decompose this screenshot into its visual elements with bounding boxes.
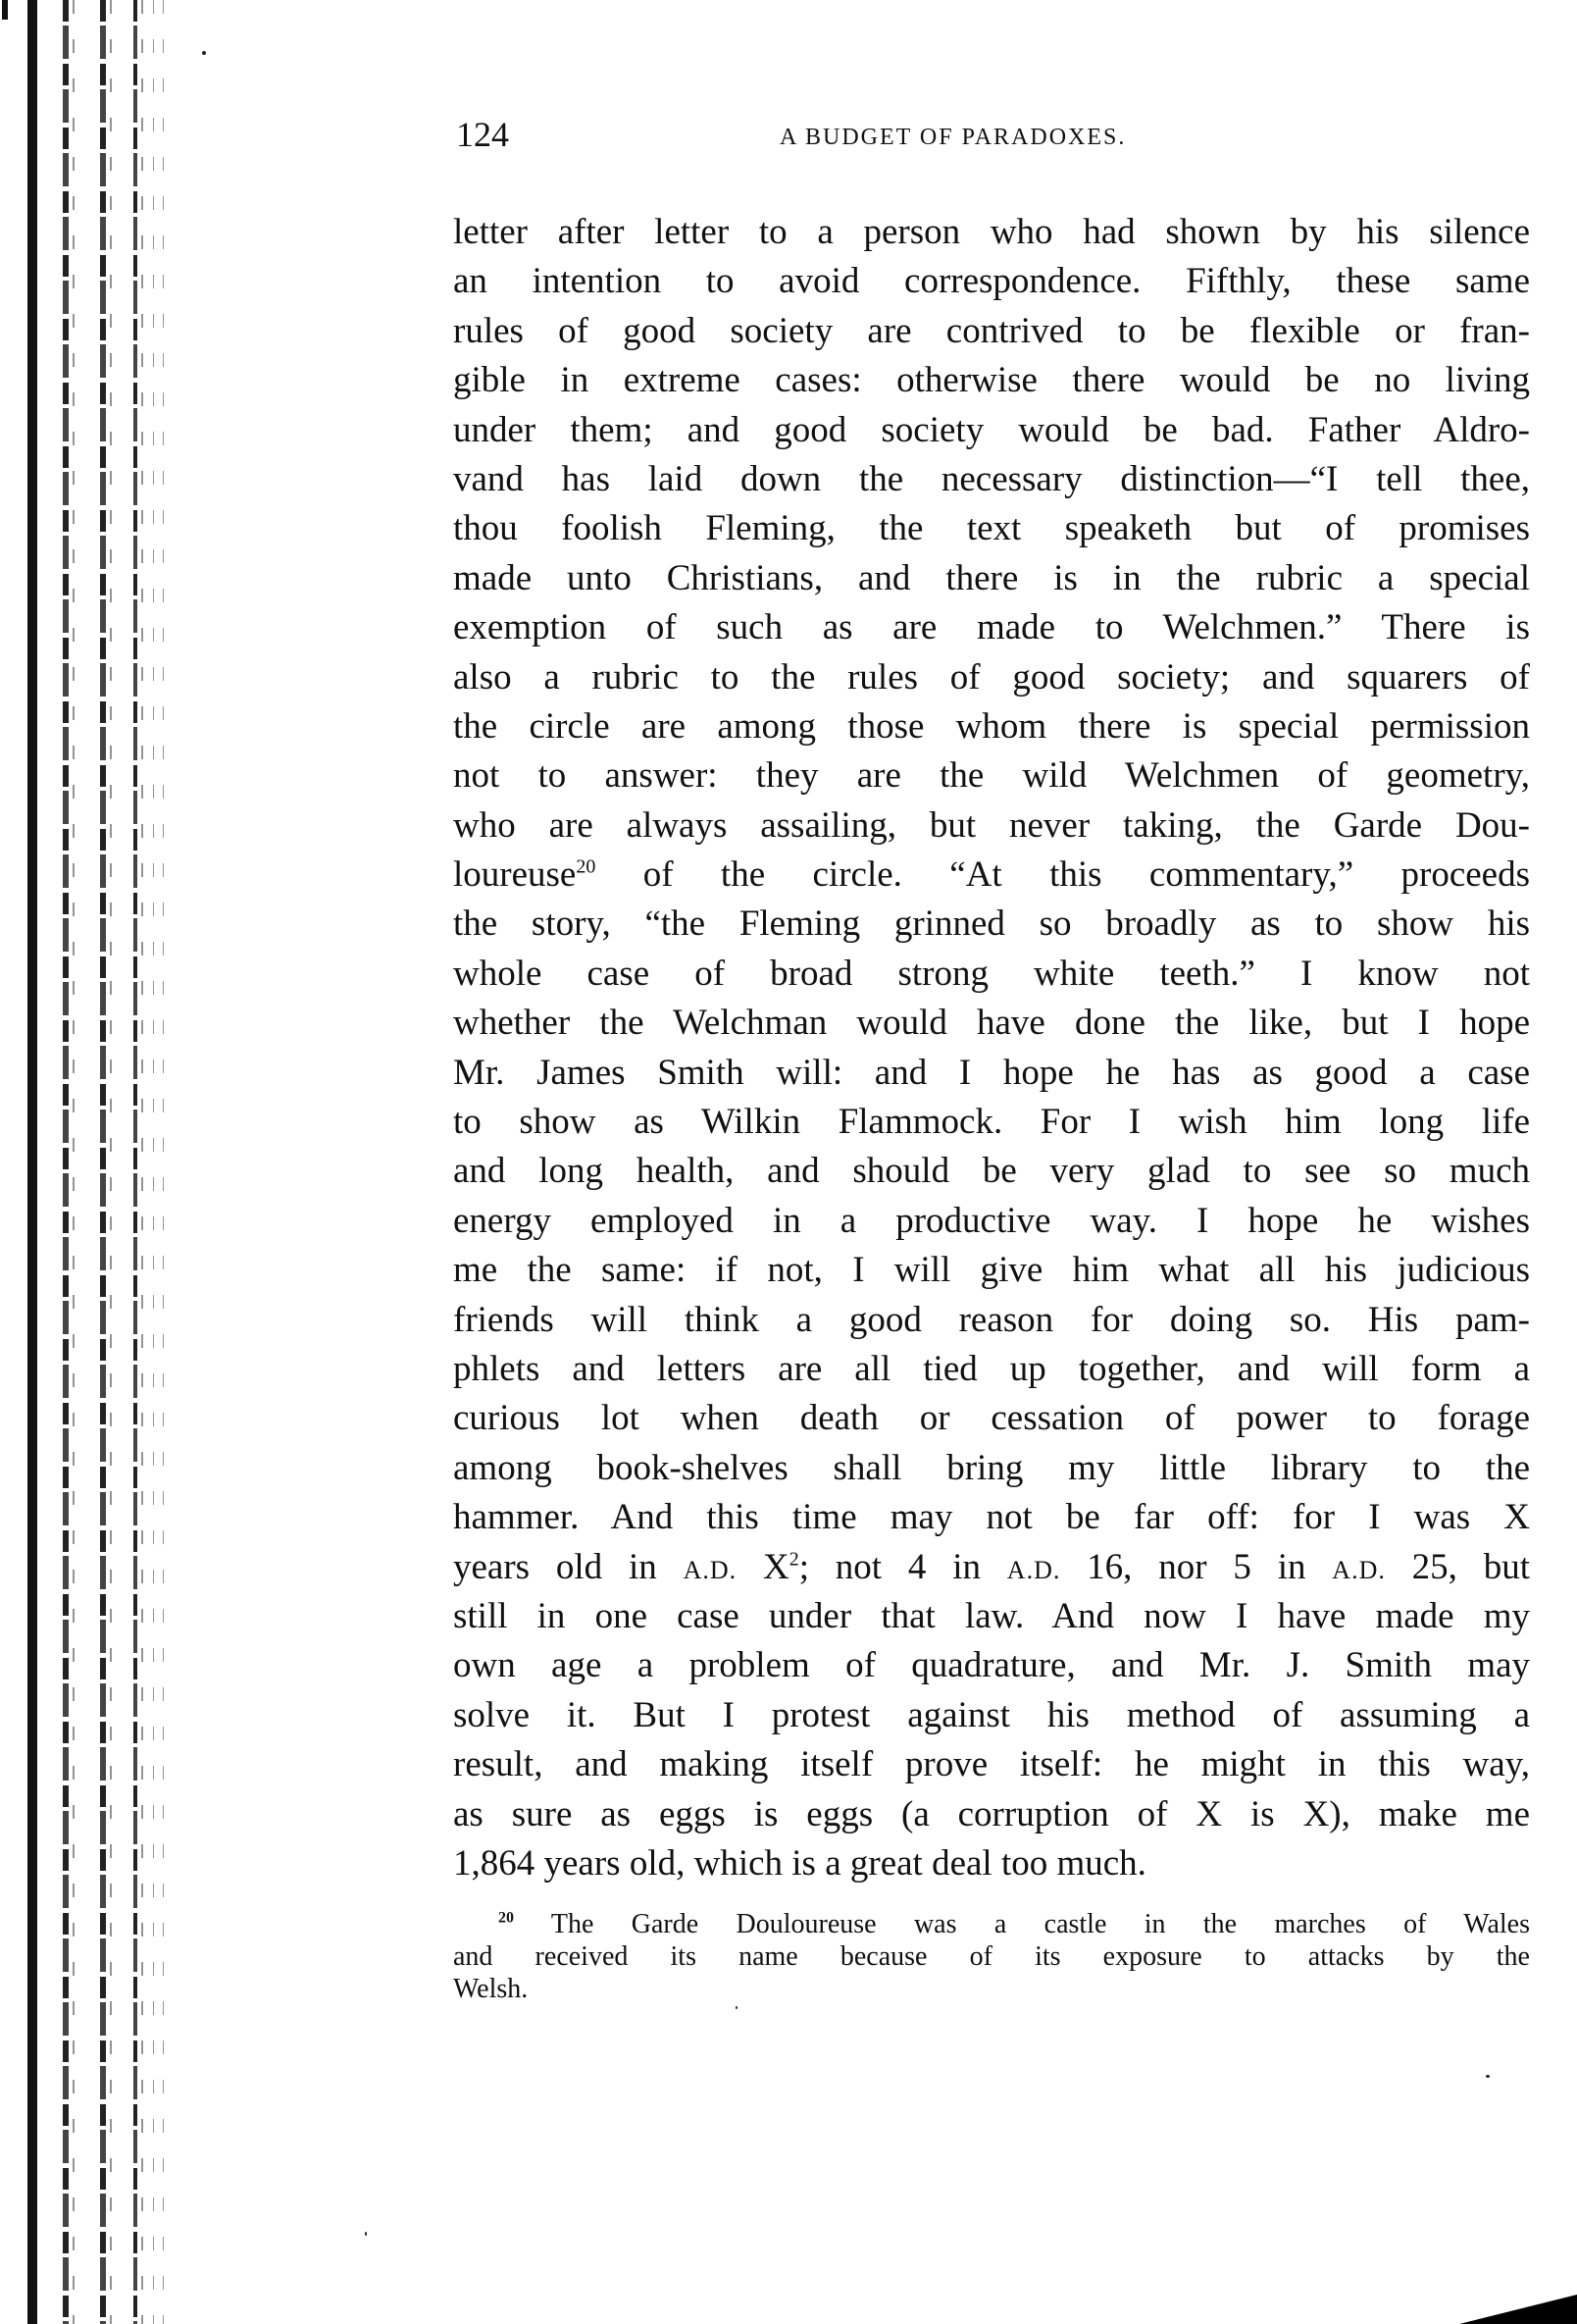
footnote-text: The Garde Douloureuse was a castle in th… xyxy=(551,1909,1530,1939)
body-text: letter after letter to a person who had … xyxy=(453,208,1530,1888)
footnote-line: 20 The Garde Douloureuse was a castle in… xyxy=(453,1908,1530,1940)
text-line: letter after letter to a person who had … xyxy=(453,208,1530,257)
running-title: A BUDGET OF PARADOXES. xyxy=(780,116,1126,159)
scan-speck xyxy=(736,2006,738,2009)
text-line: me the same: if not, I will give him wha… xyxy=(453,1246,1530,1295)
text-line: result, and making itself prove itself: … xyxy=(453,1740,1530,1789)
text-line: phlets and letters are all tied up toget… xyxy=(453,1345,1530,1394)
text-line: vand has laid down the necessary distinc… xyxy=(453,455,1530,504)
text-line: an intention to avoid correspondence. Fi… xyxy=(453,257,1530,306)
text-line: curious lot when death or cessation of p… xyxy=(453,1394,1530,1443)
text-segment: years old in xyxy=(453,1547,684,1587)
text-line: the story, “the Fleming grinned so broad… xyxy=(453,900,1530,949)
text-line: also a rubric to the rules of good socie… xyxy=(453,653,1530,702)
page-corner-shadow xyxy=(1459,2295,1577,2324)
text-line: rules of good society are contrived to b… xyxy=(453,307,1530,356)
book-spine-scan-artifact xyxy=(0,0,226,2324)
small-caps-era: A.D. xyxy=(1332,1556,1386,1584)
footnote-marker: 20 xyxy=(498,1910,514,1927)
small-caps-era: A.D. xyxy=(1007,1556,1061,1584)
text-line: still in one case under that law. And no… xyxy=(453,1592,1530,1641)
text-line: exemption of such as are made to Welchme… xyxy=(453,603,1530,652)
text-line: hammer. And this time may not be far off… xyxy=(453,1493,1530,1542)
page-number: 124 xyxy=(456,110,509,159)
text-line: who are always assailing, but never taki… xyxy=(453,801,1530,851)
footnote-line: Welsh. xyxy=(453,1973,1530,2005)
text-line: own age a problem of quadrature, and Mr.… xyxy=(453,1641,1530,1690)
text-segment: of the circle. “At this commentary,” pro… xyxy=(595,854,1530,895)
text-line: friends will think a good reason for doi… xyxy=(453,1296,1530,1345)
text-line: thou foolish Fleming, the text speaketh … xyxy=(453,504,1530,553)
footnote: 20 The Garde Douloureuse was a castle in… xyxy=(453,1908,1530,2005)
text-segment: ; not 4 in xyxy=(799,1547,1007,1587)
scan-speck xyxy=(365,2232,367,2236)
footnote-line: and received its name because of its exp… xyxy=(453,1940,1530,1973)
scan-speck xyxy=(1486,2075,1490,2078)
text-line-with-dates: years old in A.D. X2; not 4 in A.D. 16, … xyxy=(453,1543,1530,1592)
text-segment: X xyxy=(737,1547,789,1587)
text-segment: 25, but xyxy=(1386,1547,1530,1587)
running-header: 124 A BUDGET OF PARADOXES. xyxy=(456,110,1530,159)
text-line: to show as Wilkin Flammock. For I wish h… xyxy=(453,1098,1530,1147)
text-line: under them; and good society would be ba… xyxy=(453,406,1530,455)
text-line: the circle are among those whom there is… xyxy=(453,702,1530,751)
text-line: 1,864 years old, which is a great deal t… xyxy=(453,1839,1530,1888)
text-line: as sure as eggs is eggs (a corruption of… xyxy=(453,1790,1530,1839)
text-line: Mr. James Smith will: and I hope he has … xyxy=(453,1049,1530,1098)
text-line-with-footnote-ref: loureuse20 of the circle. “At this comme… xyxy=(453,851,1530,900)
text-line: not to answer: they are the wild Welchme… xyxy=(453,751,1530,800)
text-line: gible in extreme cases: otherwise there … xyxy=(453,356,1530,405)
text-line: and long health, and should be very glad… xyxy=(453,1147,1530,1196)
superscript-exponent: 2 xyxy=(789,1548,799,1570)
text-segment: loureuse xyxy=(453,854,576,895)
text-line: energy employed in a productive way. I h… xyxy=(453,1197,1530,1246)
text-line: whether the Welchman would have done the… xyxy=(453,999,1530,1048)
text-segment: 16, nor 5 in xyxy=(1060,1547,1332,1587)
footnote-reference[interactable]: 20 xyxy=(576,856,595,878)
text-line: made unto Christians, and there is in th… xyxy=(453,554,1530,603)
text-line: solve it. But I protest against his meth… xyxy=(453,1691,1530,1740)
text-line: whole case of broad strong white teeth.”… xyxy=(453,950,1530,999)
small-caps-era: A.D. xyxy=(684,1556,738,1584)
text-line: among book-shelves shall bring my little… xyxy=(453,1444,1530,1493)
scan-speck xyxy=(202,51,206,55)
